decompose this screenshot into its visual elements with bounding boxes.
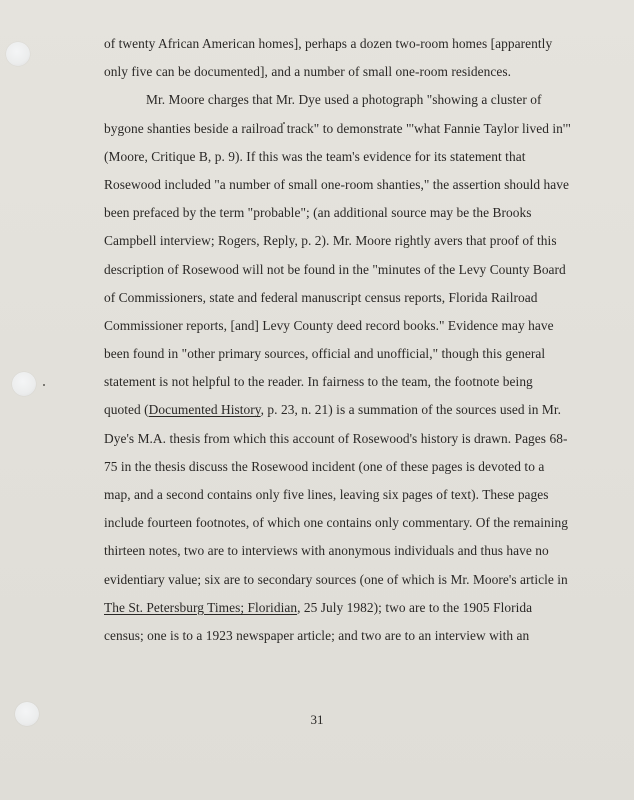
text-line: description of Rosewood will not be foun… <box>104 258 584 286</box>
text-line: Dye's M.A. thesis from which this accoun… <box>104 427 584 455</box>
text-line: Campbell interview; Rogers, Reply, p. 2)… <box>104 229 584 257</box>
text-segment: , 25 July 1982); two are to the 1905 Flo… <box>297 600 532 615</box>
text-line: statement is not helpful to the reader. … <box>104 370 584 398</box>
punch-hole-icon <box>12 372 36 396</box>
text-line: census; one is to a 1923 newspaper artic… <box>104 624 584 652</box>
underlined-title: The St. Petersburg Times; Floridian <box>104 600 297 615</box>
text-line: 75 in the thesis discuss the Rosewood in… <box>104 455 584 483</box>
text-line: Mr. Moore charges that Mr. Dye used a ph… <box>104 88 584 116</box>
text-line: (Moore, Critique B, p. 9). If this was t… <box>104 145 584 173</box>
text-line: evidentiary value; six are to secondary … <box>104 568 584 596</box>
text-line: quoted (Documented History, p. 23, n. 21… <box>104 398 584 426</box>
text-line: been prefaced by the term "probable"; (a… <box>104 201 584 229</box>
text-line: The St. Petersburg Times; Floridian, 25 … <box>104 596 584 624</box>
scan-speck <box>43 384 45 386</box>
text-segment: , p. 23, n. 21) is a summation of the so… <box>261 402 561 417</box>
body-text: of twenty African American homes], perha… <box>104 32 584 652</box>
text-line: Commissioner reports, [and] Levy County … <box>104 314 584 342</box>
text-segment: quoted ( <box>104 402 149 417</box>
text-line: been found in "other primary sources, of… <box>104 342 584 370</box>
underlined-title: Documented History <box>149 402 261 417</box>
text-line: bygone shanties beside a railroad track"… <box>104 117 584 145</box>
text-line: only five can be documented], and a numb… <box>104 60 584 88</box>
text-line: thirteen notes, two are to interviews wi… <box>104 539 584 567</box>
scanned-page: of twenty African American homes], perha… <box>0 0 634 800</box>
punch-hole-icon <box>6 42 30 66</box>
text-line: Rosewood included "a number of small one… <box>104 173 584 201</box>
text-line: include fourteen footnotes, of which one… <box>104 511 584 539</box>
text-line: of Commissioners, state and federal manu… <box>104 286 584 314</box>
text-line: map, and a second contains only five lin… <box>104 483 584 511</box>
text-line: of twenty African American homes], perha… <box>104 32 584 60</box>
page-number: 31 <box>0 712 634 728</box>
